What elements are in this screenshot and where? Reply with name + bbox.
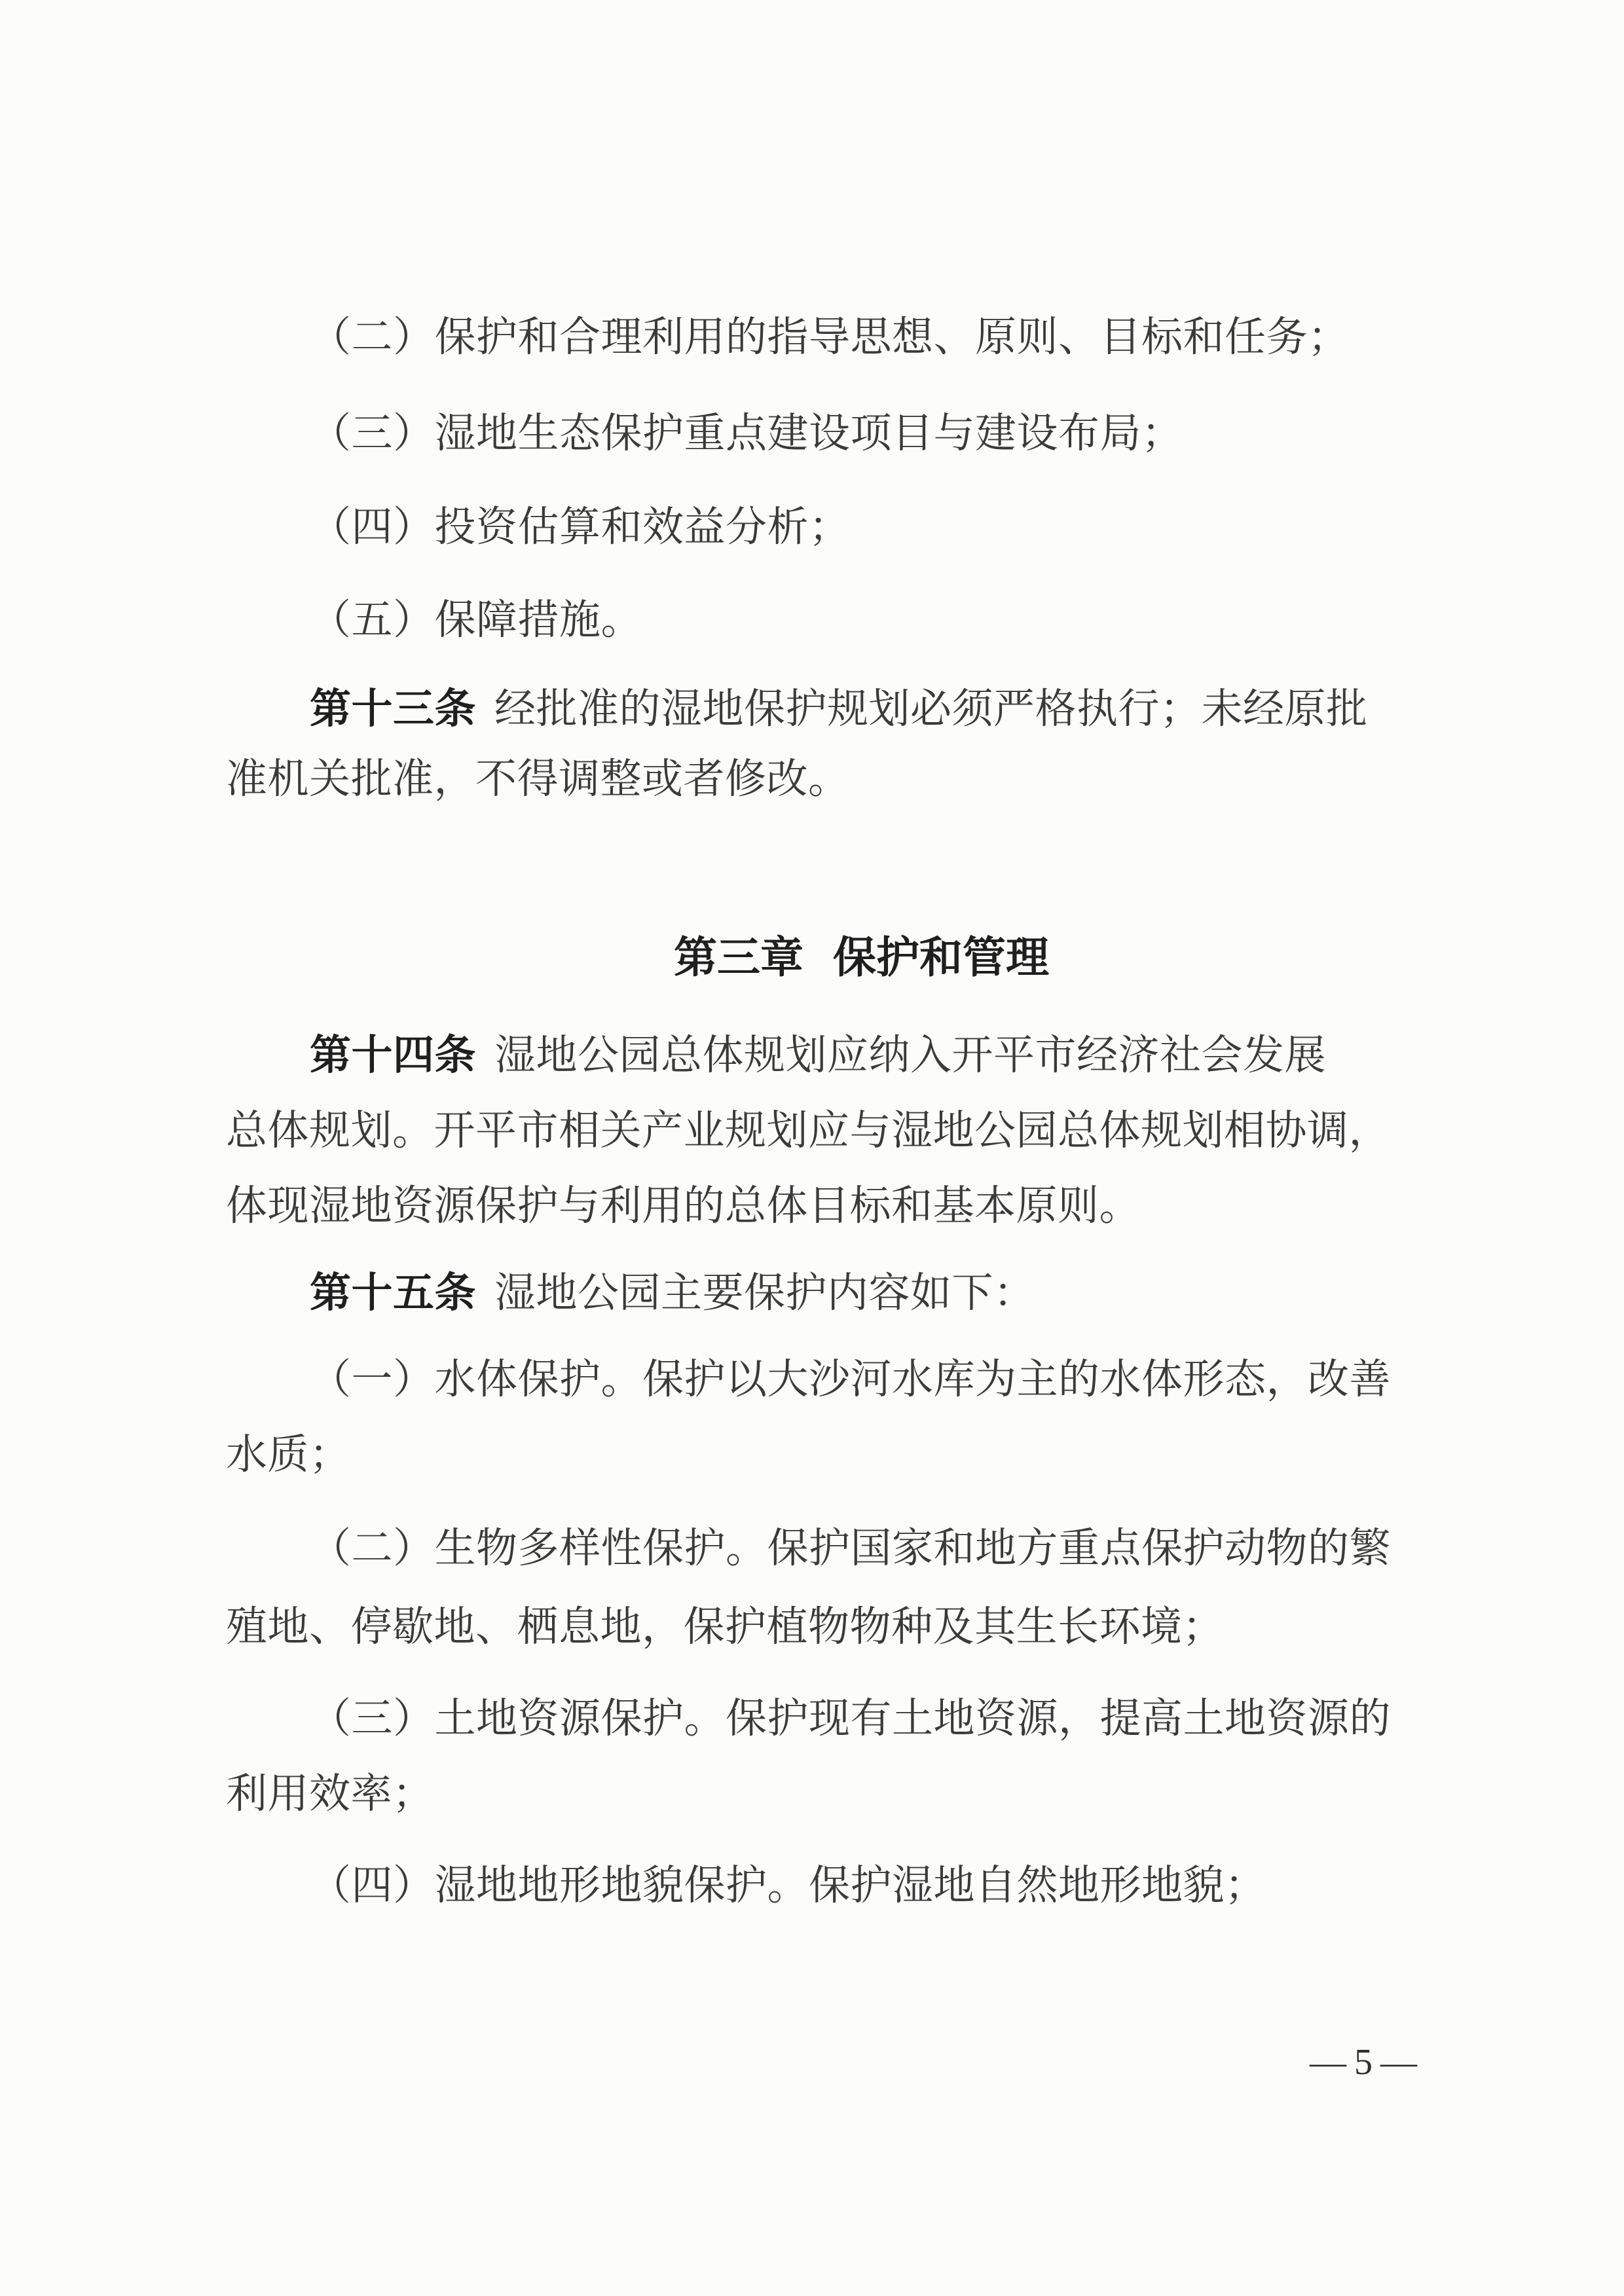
article-14-line-3: 体现湿地资源保护与利用的总体目标和基本原则。 xyxy=(226,1183,1141,1230)
plan-item-2: （二）保护和合理利用的指导思想、原则、目标和任务； xyxy=(310,314,1350,361)
article-13-line-2: 准机关批准，不得调整或者修改。 xyxy=(226,756,850,803)
page-number-value: 5 xyxy=(1354,2042,1373,2083)
article-14-line-2: 总体规划。开平市相关产业规划应与湿地公园总体规划相协调， xyxy=(226,1108,1390,1154)
chapter-number: 第三章 xyxy=(674,933,803,981)
article-13-text-1: 经批准的湿地保护规划必须严格执行；未经原批 xyxy=(494,686,1368,732)
protection-item-2-line-2: 殖地、停歇地、栖息地，保护植物物种及其生长环境； xyxy=(226,1604,1224,1650)
article-13-label: 第十三条 xyxy=(310,686,476,732)
article-15-text-1: 湿地公园主要保护内容如下： xyxy=(494,1270,1035,1316)
article-13-line-1: 第十三条经批准的湿地保护规划必须严格执行；未经原批 xyxy=(310,686,1368,733)
plan-item-5: （五）保障措施。 xyxy=(310,597,642,644)
plan-item-3: （三）湿地生态保护重点建设项目与建设布局； xyxy=(310,410,1183,457)
article-14-text-1: 湿地公园总体规划应纳入开平市经济社会发展 xyxy=(494,1032,1326,1078)
scanned-document-page: （二）保护和合理利用的指导思想、原则、目标和任务； （三）湿地生态保护重点建设项… xyxy=(0,0,1624,2296)
protection-item-4-line-1: （四）湿地地形地貌保护。保护湿地自然地形地貌； xyxy=(310,1863,1266,1909)
protection-item-3-line-1: （三）土地资源保护。保护现有土地资源，提高土地资源的 xyxy=(310,1696,1391,1742)
page-number: —5— xyxy=(1310,2041,1417,2083)
chapter-3-heading: 第三章保护和管理 xyxy=(674,935,1049,980)
protection-item-2-line-1: （二）生物多样性保护。保护国家和地方重点保护动物的繁 xyxy=(310,1525,1391,1572)
chapter-title: 保护和管理 xyxy=(833,933,1049,981)
article-15-line-1: 第十五条湿地公园主要保护内容如下： xyxy=(310,1270,1035,1317)
article-14-line-1: 第十四条湿地公园总体规划应纳入开平市经济社会发展 xyxy=(310,1032,1326,1079)
page-number-dash-right: — xyxy=(1380,2042,1417,2083)
plan-item-4: （四）投资估算和效益分析； xyxy=(310,504,851,551)
protection-item-3-line-2: 利用效率； xyxy=(226,1771,434,1817)
article-15-label: 第十五条 xyxy=(310,1270,476,1316)
page-number-dash-left: — xyxy=(1310,2042,1346,2083)
protection-item-1-line-1: （一）水体保护。保护以大沙河水库为主的水体形态，改善 xyxy=(310,1357,1391,1403)
protection-item-1-line-2: 水质； xyxy=(226,1432,351,1478)
article-14-label: 第十四条 xyxy=(310,1032,476,1078)
